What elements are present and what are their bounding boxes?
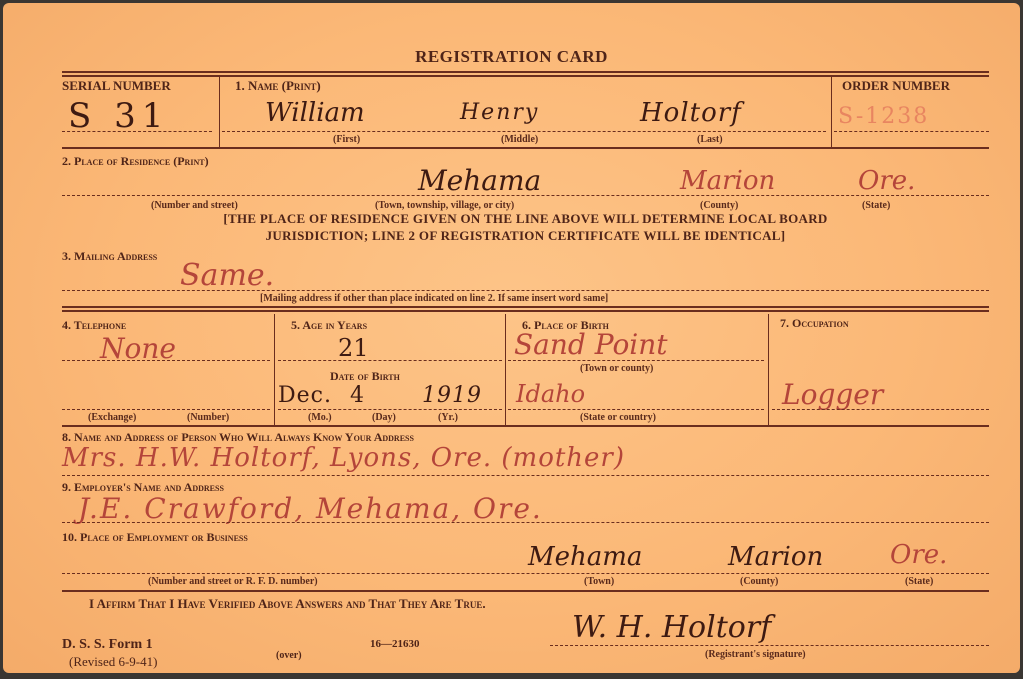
dob-label: Date of Birth bbox=[330, 369, 400, 384]
serial-number-value: S 31 bbox=[68, 96, 169, 136]
age-underline bbox=[278, 360, 502, 361]
mailing-address-value: Same. bbox=[180, 258, 274, 293]
residence-town: Mehama bbox=[418, 164, 541, 197]
name-underline bbox=[222, 131, 826, 132]
affirmation-text: I Affirm That I Have Verified Above Answ… bbox=[89, 596, 486, 612]
employment-state: Ore. bbox=[890, 540, 947, 570]
signature-underline bbox=[550, 645, 989, 646]
caption-first: (First) bbox=[333, 134, 360, 145]
employment-town: Mehama bbox=[528, 542, 642, 572]
dob-underline bbox=[278, 409, 502, 410]
dob-month: Dec. bbox=[278, 383, 332, 408]
birthplace-town: Sand Point bbox=[514, 328, 668, 361]
residence-state: Ore. bbox=[858, 166, 915, 196]
employment-underline bbox=[62, 573, 989, 574]
divider bbox=[274, 314, 275, 426]
divider bbox=[219, 77, 220, 147]
caption-last: (Last) bbox=[697, 134, 723, 145]
dob-year: 1919 bbox=[422, 383, 482, 408]
employment-county: Marion bbox=[728, 542, 823, 572]
order-number-label: ORDER NUMBER bbox=[842, 78, 950, 94]
divider bbox=[768, 314, 769, 426]
birthplace-underline-2 bbox=[508, 409, 764, 410]
order-number-value: S-1238 bbox=[838, 104, 929, 129]
caption-street: (Number and street) bbox=[151, 200, 238, 211]
employer-underline bbox=[62, 522, 989, 523]
top-rule bbox=[62, 71, 989, 77]
card-title: REGISTRATION CARD bbox=[0, 47, 1023, 67]
caption-mo: (Mo.) bbox=[308, 412, 332, 423]
telephone-label: 4. Telephone bbox=[62, 318, 126, 333]
jurisdiction-notice-1: [THE PLACE OF RESIDENCE GIVEN ON THE LIN… bbox=[62, 211, 989, 227]
caption-emp-state: (State) bbox=[905, 576, 933, 587]
caption-number: (Number) bbox=[187, 412, 229, 423]
divider bbox=[831, 77, 832, 147]
contact-underline bbox=[62, 475, 989, 476]
rule bbox=[62, 590, 989, 592]
order-underline bbox=[834, 131, 989, 132]
name-label: 1. Name (Print) bbox=[235, 78, 321, 94]
rule bbox=[62, 425, 989, 427]
caption-birth-state: (State or country) bbox=[580, 412, 656, 423]
age-label: 5. Age in Years bbox=[291, 318, 367, 333]
print-code: 16—21630 bbox=[370, 638, 420, 650]
age-value: 21 bbox=[338, 334, 369, 362]
serial-underline bbox=[62, 131, 212, 132]
telephone-underline bbox=[62, 360, 270, 361]
occupation-value: Logger bbox=[782, 378, 883, 411]
divider bbox=[505, 314, 506, 426]
caption-state: (State) bbox=[862, 200, 890, 211]
mailing-caption: [Mailing address if other than place ind… bbox=[260, 293, 608, 304]
birthplace-underline bbox=[508, 360, 764, 361]
caption-exchange: (Exchange) bbox=[88, 412, 136, 423]
residence-county: Marion bbox=[680, 166, 775, 196]
employer-value: J.E. Crawford, Mehama, Ore. bbox=[78, 492, 543, 525]
mailing-underline bbox=[62, 290, 989, 291]
caption-day: (Day) bbox=[372, 412, 396, 423]
caption-town: (Town, township, village, or city) bbox=[375, 200, 514, 211]
name-first: William bbox=[265, 98, 365, 128]
caption-county: (County) bbox=[700, 200, 738, 211]
employment-place-label: 10. Place of Employment or Business bbox=[62, 530, 248, 545]
birthplace-state: Idaho bbox=[516, 380, 585, 408]
residence-label: 2. Place of Residence (Print) bbox=[62, 154, 209, 169]
over-note: (over) bbox=[276, 650, 302, 661]
serial-number-label: SERIAL NUMBER bbox=[62, 78, 171, 94]
caption-emp-county: (County) bbox=[740, 576, 778, 587]
occupation-underline bbox=[772, 409, 989, 410]
name-middle: Henry bbox=[460, 100, 539, 125]
registrant-signature: W. H. Holtorf bbox=[572, 610, 771, 645]
caption-birth-town: (Town or county) bbox=[580, 363, 653, 374]
rule bbox=[62, 306, 989, 312]
occupation-label: 7. Occupation bbox=[780, 316, 849, 331]
dob-day: 4 bbox=[350, 383, 364, 408]
telephone-underline-2 bbox=[62, 409, 270, 410]
rule bbox=[62, 147, 989, 149]
caption-rfd: (Number and street or R. F. D. number) bbox=[148, 576, 318, 587]
jurisdiction-notice-2: JURISDICTION; LINE 2 OF REGISTRATION CER… bbox=[62, 228, 989, 244]
caption-middle: (Middle) bbox=[501, 134, 538, 145]
signature-caption: (Registrant's signature) bbox=[705, 649, 806, 660]
caption-yr: (Yr.) bbox=[438, 412, 458, 423]
name-last: Holtorf bbox=[640, 98, 742, 128]
caption-emp-town: (Town) bbox=[584, 576, 614, 587]
residence-underline bbox=[62, 195, 989, 196]
form-revised: (Revised 6-9-41) bbox=[69, 654, 157, 670]
mailing-address-label: 3. Mailing Address bbox=[62, 249, 157, 264]
form-number: D. S. S. Form 1 bbox=[62, 637, 153, 653]
contact-value: Mrs. H.W. Holtorf, Lyons, Ore. (mother) bbox=[62, 443, 625, 473]
